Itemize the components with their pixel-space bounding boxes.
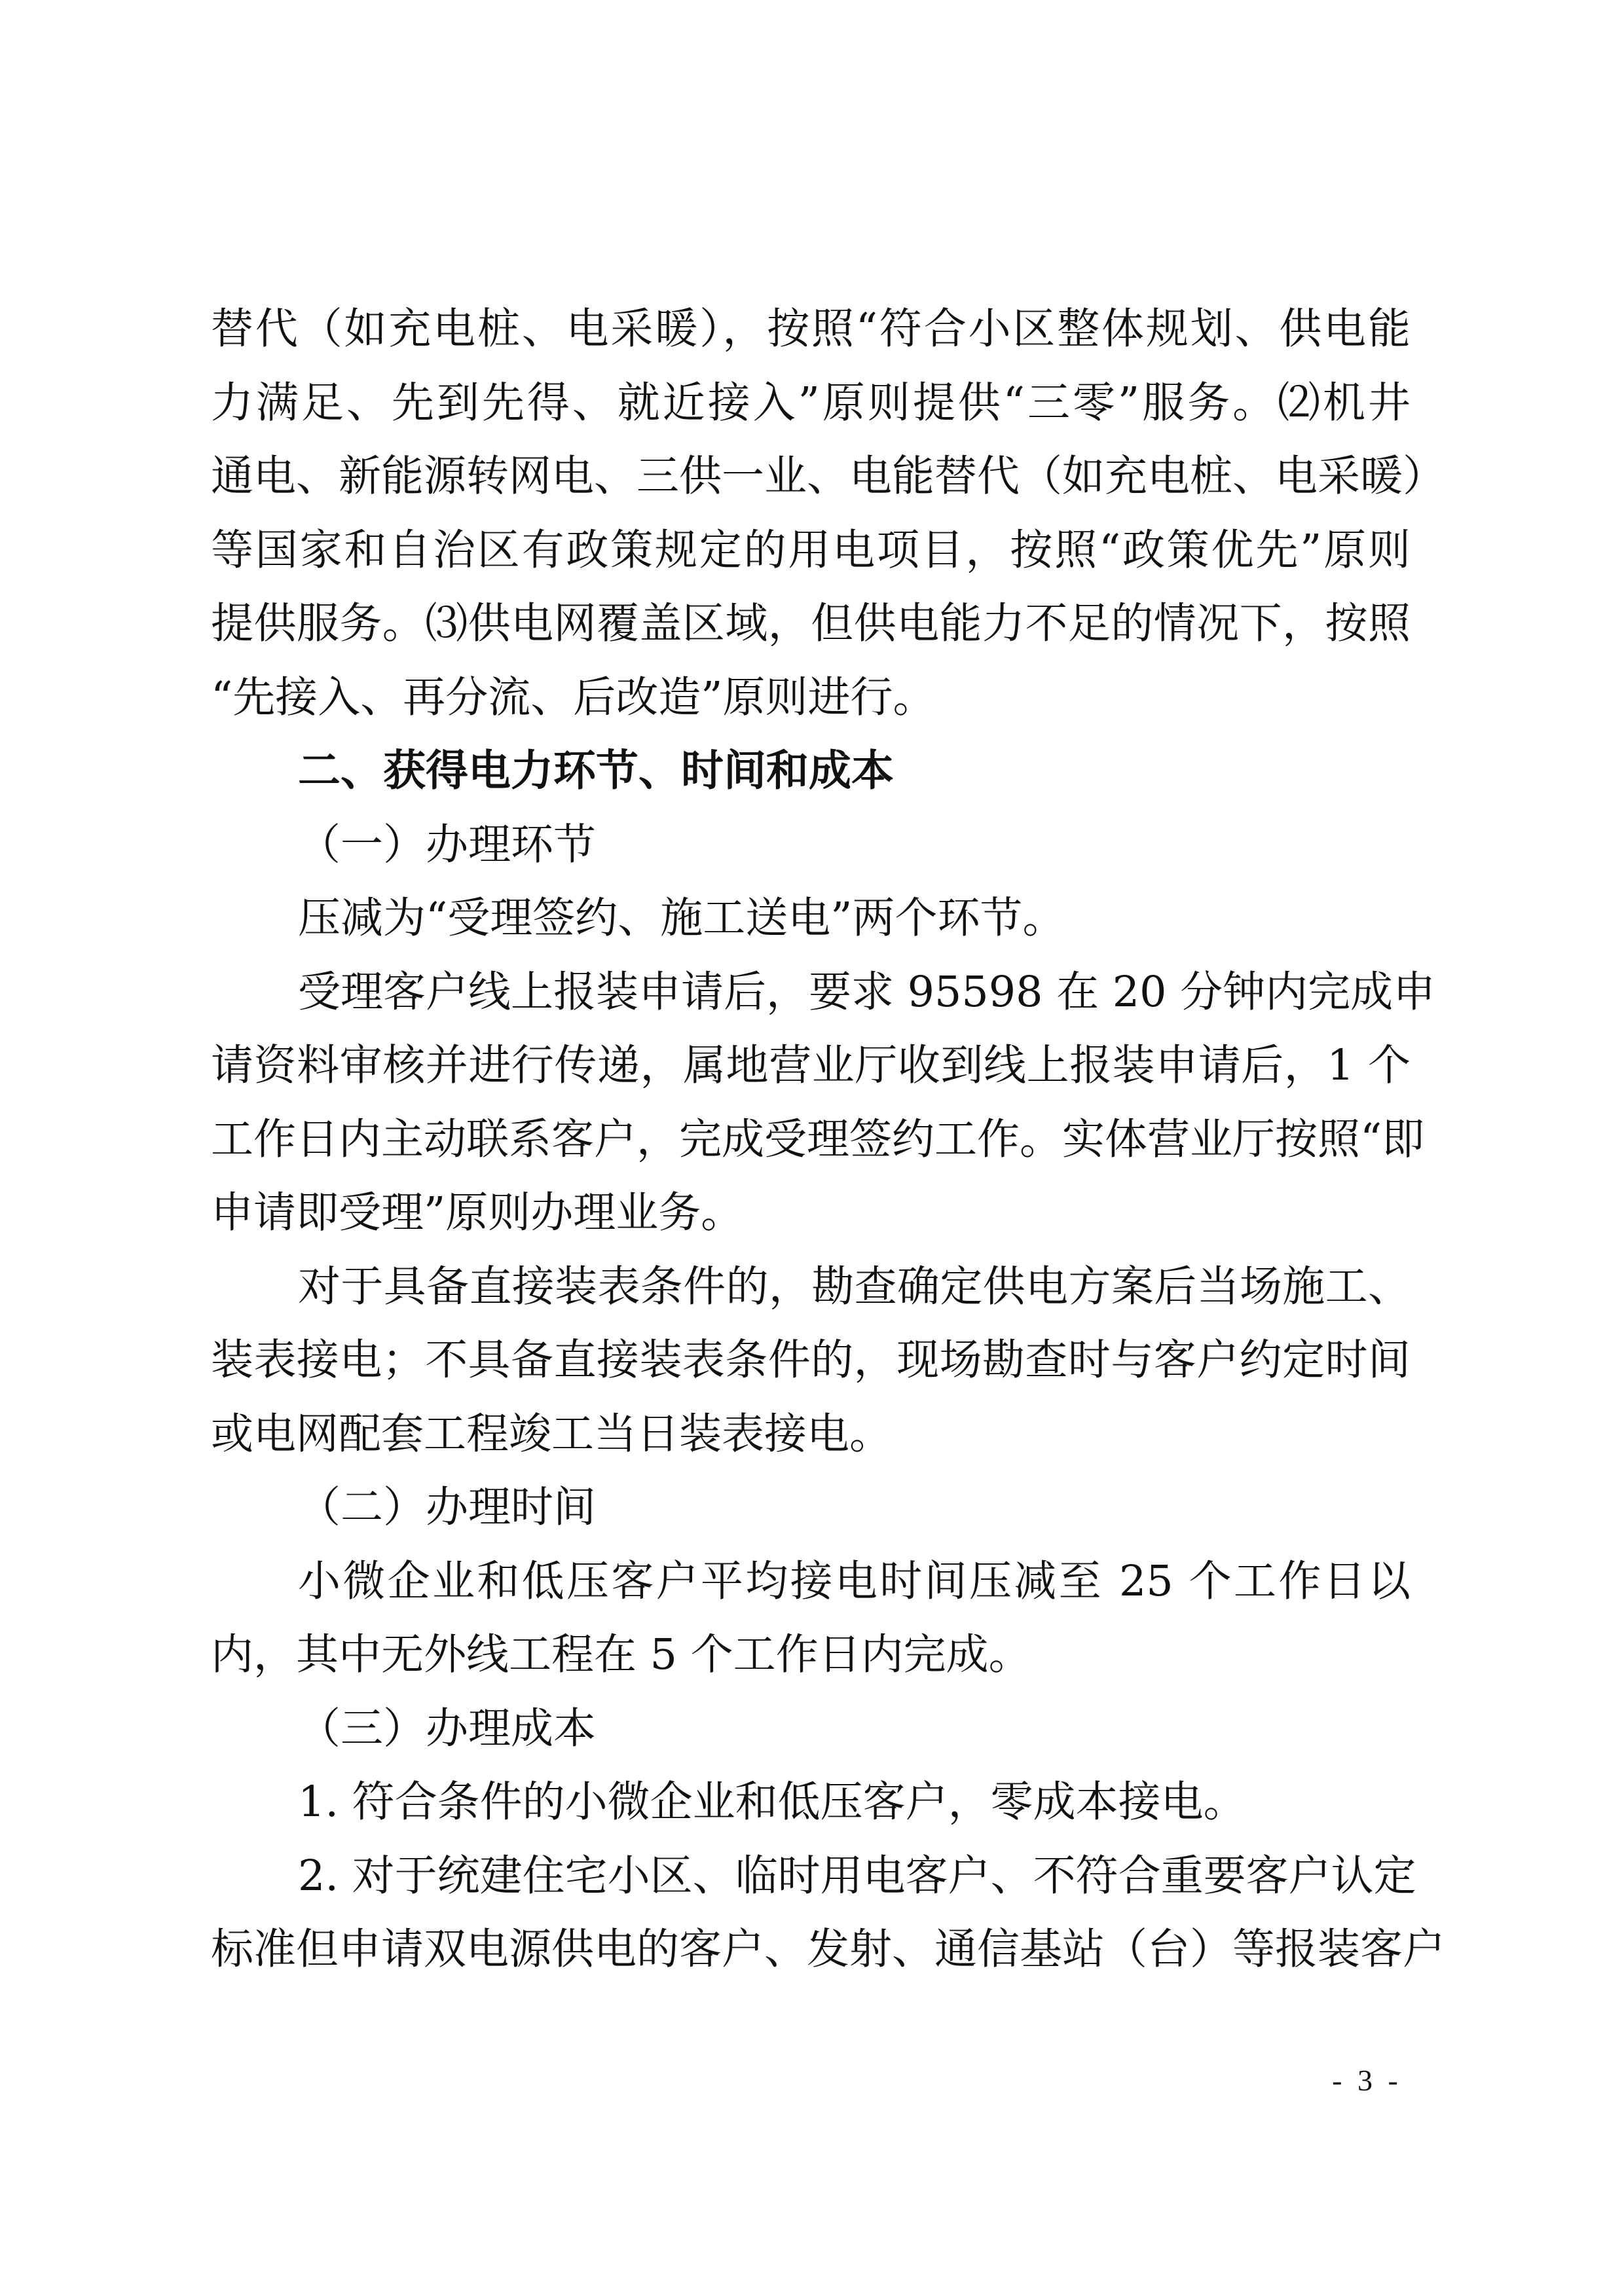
paragraph-line: 受理客户线上报装申请后，要求 95598 在 20 分钟内完成申 <box>211 956 1411 1030</box>
paragraph-line: 对于具备直接装表条件的，勘查确定供电方案后当场施工、 <box>211 1250 1411 1324</box>
paragraph-line: 装表接电；不具备直接装表条件的，现场勘查时与客户约定时间 <box>211 1324 1411 1398</box>
paragraph-line: 压减为“受理签约、施工送电”两个环节。 <box>211 882 1411 956</box>
paragraph-line: 内，其中无外线工程在 5 个工作日内完成。 <box>211 1618 1411 1692</box>
page-number: - 3 - <box>1316 2062 1418 2099</box>
document-page: 替代（如充电桩、电采暖），按照“符合小区整体规划、供电能 力满足、先到先得、就近… <box>0 0 1624 2296</box>
paragraph-line: 等国家和自治区有政策规定的用电项目，按照“政策优先”原则 <box>211 514 1411 588</box>
paragraph-line: 或电网配套工程竣工当日装表接电。 <box>211 1398 1411 1472</box>
paragraph-line: 力满足、先到先得、就近接入”原则提供“三零”服务。⑵机井 <box>211 367 1411 441</box>
section-heading: 二、获得电力环节、时间和成本 <box>211 735 1411 809</box>
list-item: 2. 对于统建住宅小区、临时用电客户、不符合重要客户认定 <box>211 1840 1411 1914</box>
paragraph-line: 请资料审核并进行传递，属地营业厅收到线上报装申请后，1 个 <box>211 1029 1411 1103</box>
list-item: 1. 符合条件的小微企业和低压客户，零成本接电。 <box>211 1766 1411 1840</box>
subsection-heading: （一）办理环节 <box>211 809 1411 883</box>
paragraph-line: 替代（如充电桩、电采暖），按照“符合小区整体规划、供电能 <box>211 293 1411 367</box>
paragraph-line: 小微企业和低压客户平均接电时间压减至 25 个工作日以 <box>211 1545 1411 1619</box>
paragraph-line: 工作日内主动联系客户，完成受理签约工作。实体营业厅按照“即 <box>211 1103 1411 1177</box>
paragraph-line: 通电、新能源转网电、三供一业、电能替代（如充电桩、电采暖） <box>211 440 1411 514</box>
paragraph-line: 标准但申请双电源供电的客户、发射、通信基站（台）等报装客户 <box>211 1913 1411 1987</box>
body-text: 替代（如充电桩、电采暖），按照“符合小区整体规划、供电能 力满足、先到先得、就近… <box>211 293 1411 1987</box>
paragraph-line: “先接入、再分流、后改造”原则进行。 <box>211 661 1411 735</box>
subsection-heading: （三）办理成本 <box>211 1692 1411 1766</box>
paragraph-line: 申请即受理”原则办理业务。 <box>211 1176 1411 1250</box>
paragraph-line: 提供服务。⑶供电网覆盖区域，但供电能力不足的情况下，按照 <box>211 587 1411 661</box>
subsection-heading: （二）办理时间 <box>211 1471 1411 1545</box>
